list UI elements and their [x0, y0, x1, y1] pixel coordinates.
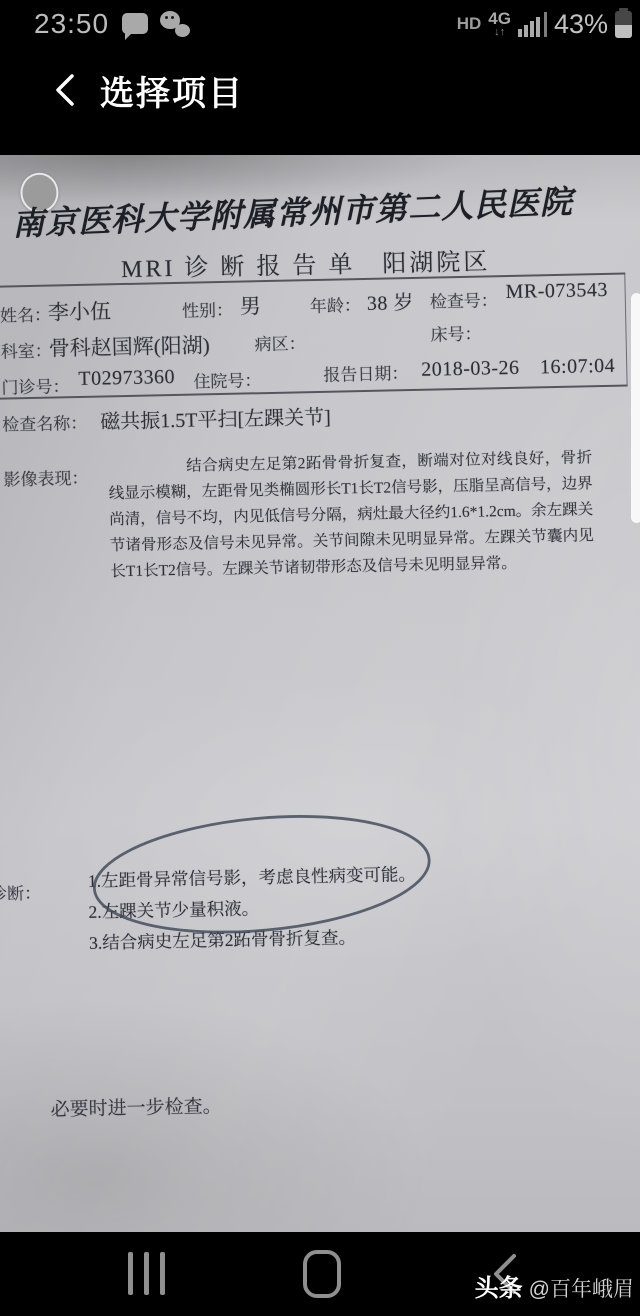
hd-voice-indicator: HD — [457, 14, 482, 34]
clock: 23:50 — [34, 8, 109, 40]
battery-icon — [615, 11, 632, 38]
watermark: 头条 @百年峨眉 — [475, 1268, 634, 1303]
signal-strength-icon — [518, 12, 547, 37]
ward-label: 病区： — [254, 329, 306, 355]
exam-no-label: 检查号： — [430, 286, 499, 312]
battery-percent: 43% — [554, 9, 608, 40]
diagnosis-section: 诊断： 1.左距骨异常信号影，考虑良性病变可能。 2.左踝关节少量积液。 3.结… — [4, 854, 640, 960]
dept-label: 科室： — [0, 337, 52, 363]
scrollbar-thumb[interactable] — [631, 293, 640, 523]
age-value: 38 岁 — [366, 286, 414, 316]
findings-section: 影像表现： 结合病史左足第2跖骨骨折复查，断端对位对线良好，骨折线显示模糊，左距… — [0, 444, 638, 587]
app-header: 选择项目 — [0, 48, 640, 155]
exam-name-label: 检查名称： — [2, 409, 88, 436]
page-title: 选择项目 — [100, 66, 244, 115]
back-button[interactable] — [48, 70, 84, 110]
hospital-name: 南京医科大学附属常州市第二人民医院 — [11, 175, 612, 245]
home-button[interactable] — [303, 1250, 341, 1298]
watermark-brand: 头条 — [475, 1268, 523, 1303]
patient-info-table: 姓名： 李小伍 性别： 男 年龄： 38 岁 检查号： MR-073543 科室… — [0, 273, 628, 400]
inpatient-no-label: 住院号： — [193, 366, 262, 392]
findings-label: 影像表现： — [3, 464, 89, 491]
status-bar: 23:50 HD 4G ↓↑ 43% — [0, 0, 640, 48]
diagnosis-label: 诊断： — [0, 879, 41, 905]
age-label: 年龄： — [310, 291, 362, 317]
name-value: 李小伍 — [48, 295, 112, 326]
gender-value: 男 — [240, 290, 262, 320]
footer-note: 必要时进一步检查。 — [50, 1091, 222, 1122]
report-photo[interactable]: 南京医科大学附属常州市第二人民医院 MRI 诊 断 报 告 单 阳湖院区 姓名：… — [0, 155, 640, 1232]
network-type-label: 4G — [488, 10, 511, 27]
phone-screen: 23:50 HD 4G ↓↑ 43% 选择项目 南京医科大学附属常州市第二人民医… — [0, 0, 640, 1316]
wechat-icon — [160, 11, 190, 37]
dept-value: 骨科赵国辉(阳湖) — [48, 329, 210, 362]
network-type-indicator: 4G ↓↑ — [488, 10, 511, 38]
findings-text: 结合病史左足第2跖骨骨折复查，断端对位对线良好，骨折线显示模糊，左距骨见类椭圆形… — [108, 445, 595, 585]
outpatient-no-label: 门诊号： — [1, 372, 70, 398]
status-bar-right: HD 4G ↓↑ 43% — [457, 0, 632, 48]
data-arrows-icon: ↓↑ — [494, 27, 505, 38]
diagnosis-list: 1.左距骨异常信号影，考虑良性病变可能。 2.左踝关节少量积液。 3.结合病史左… — [88, 854, 640, 959]
report-paper: 南京医科大学附属常州市第二人民医院 MRI 诊 断 报 告 单 阳湖院区 姓名：… — [0, 155, 640, 1232]
bed-label: 床号： — [430, 320, 482, 346]
recents-button[interactable] — [128, 1252, 165, 1295]
message-icon — [122, 13, 148, 34]
exam-no-value: MR-073543 — [505, 279, 608, 304]
outpatient-no-value: T02973360 — [78, 366, 175, 391]
gender-label: 性别： — [182, 296, 234, 322]
name-label: 姓名： — [0, 301, 51, 327]
watermark-handle: @百年峨眉 — [529, 1273, 634, 1303]
exam-name-value: 磁共振1.5T平扫[左踝关节] — [100, 401, 331, 435]
report-date-label: 报告日期： — [323, 359, 409, 386]
report-date-value: 2018-03-26 16:07:04 — [421, 349, 616, 382]
